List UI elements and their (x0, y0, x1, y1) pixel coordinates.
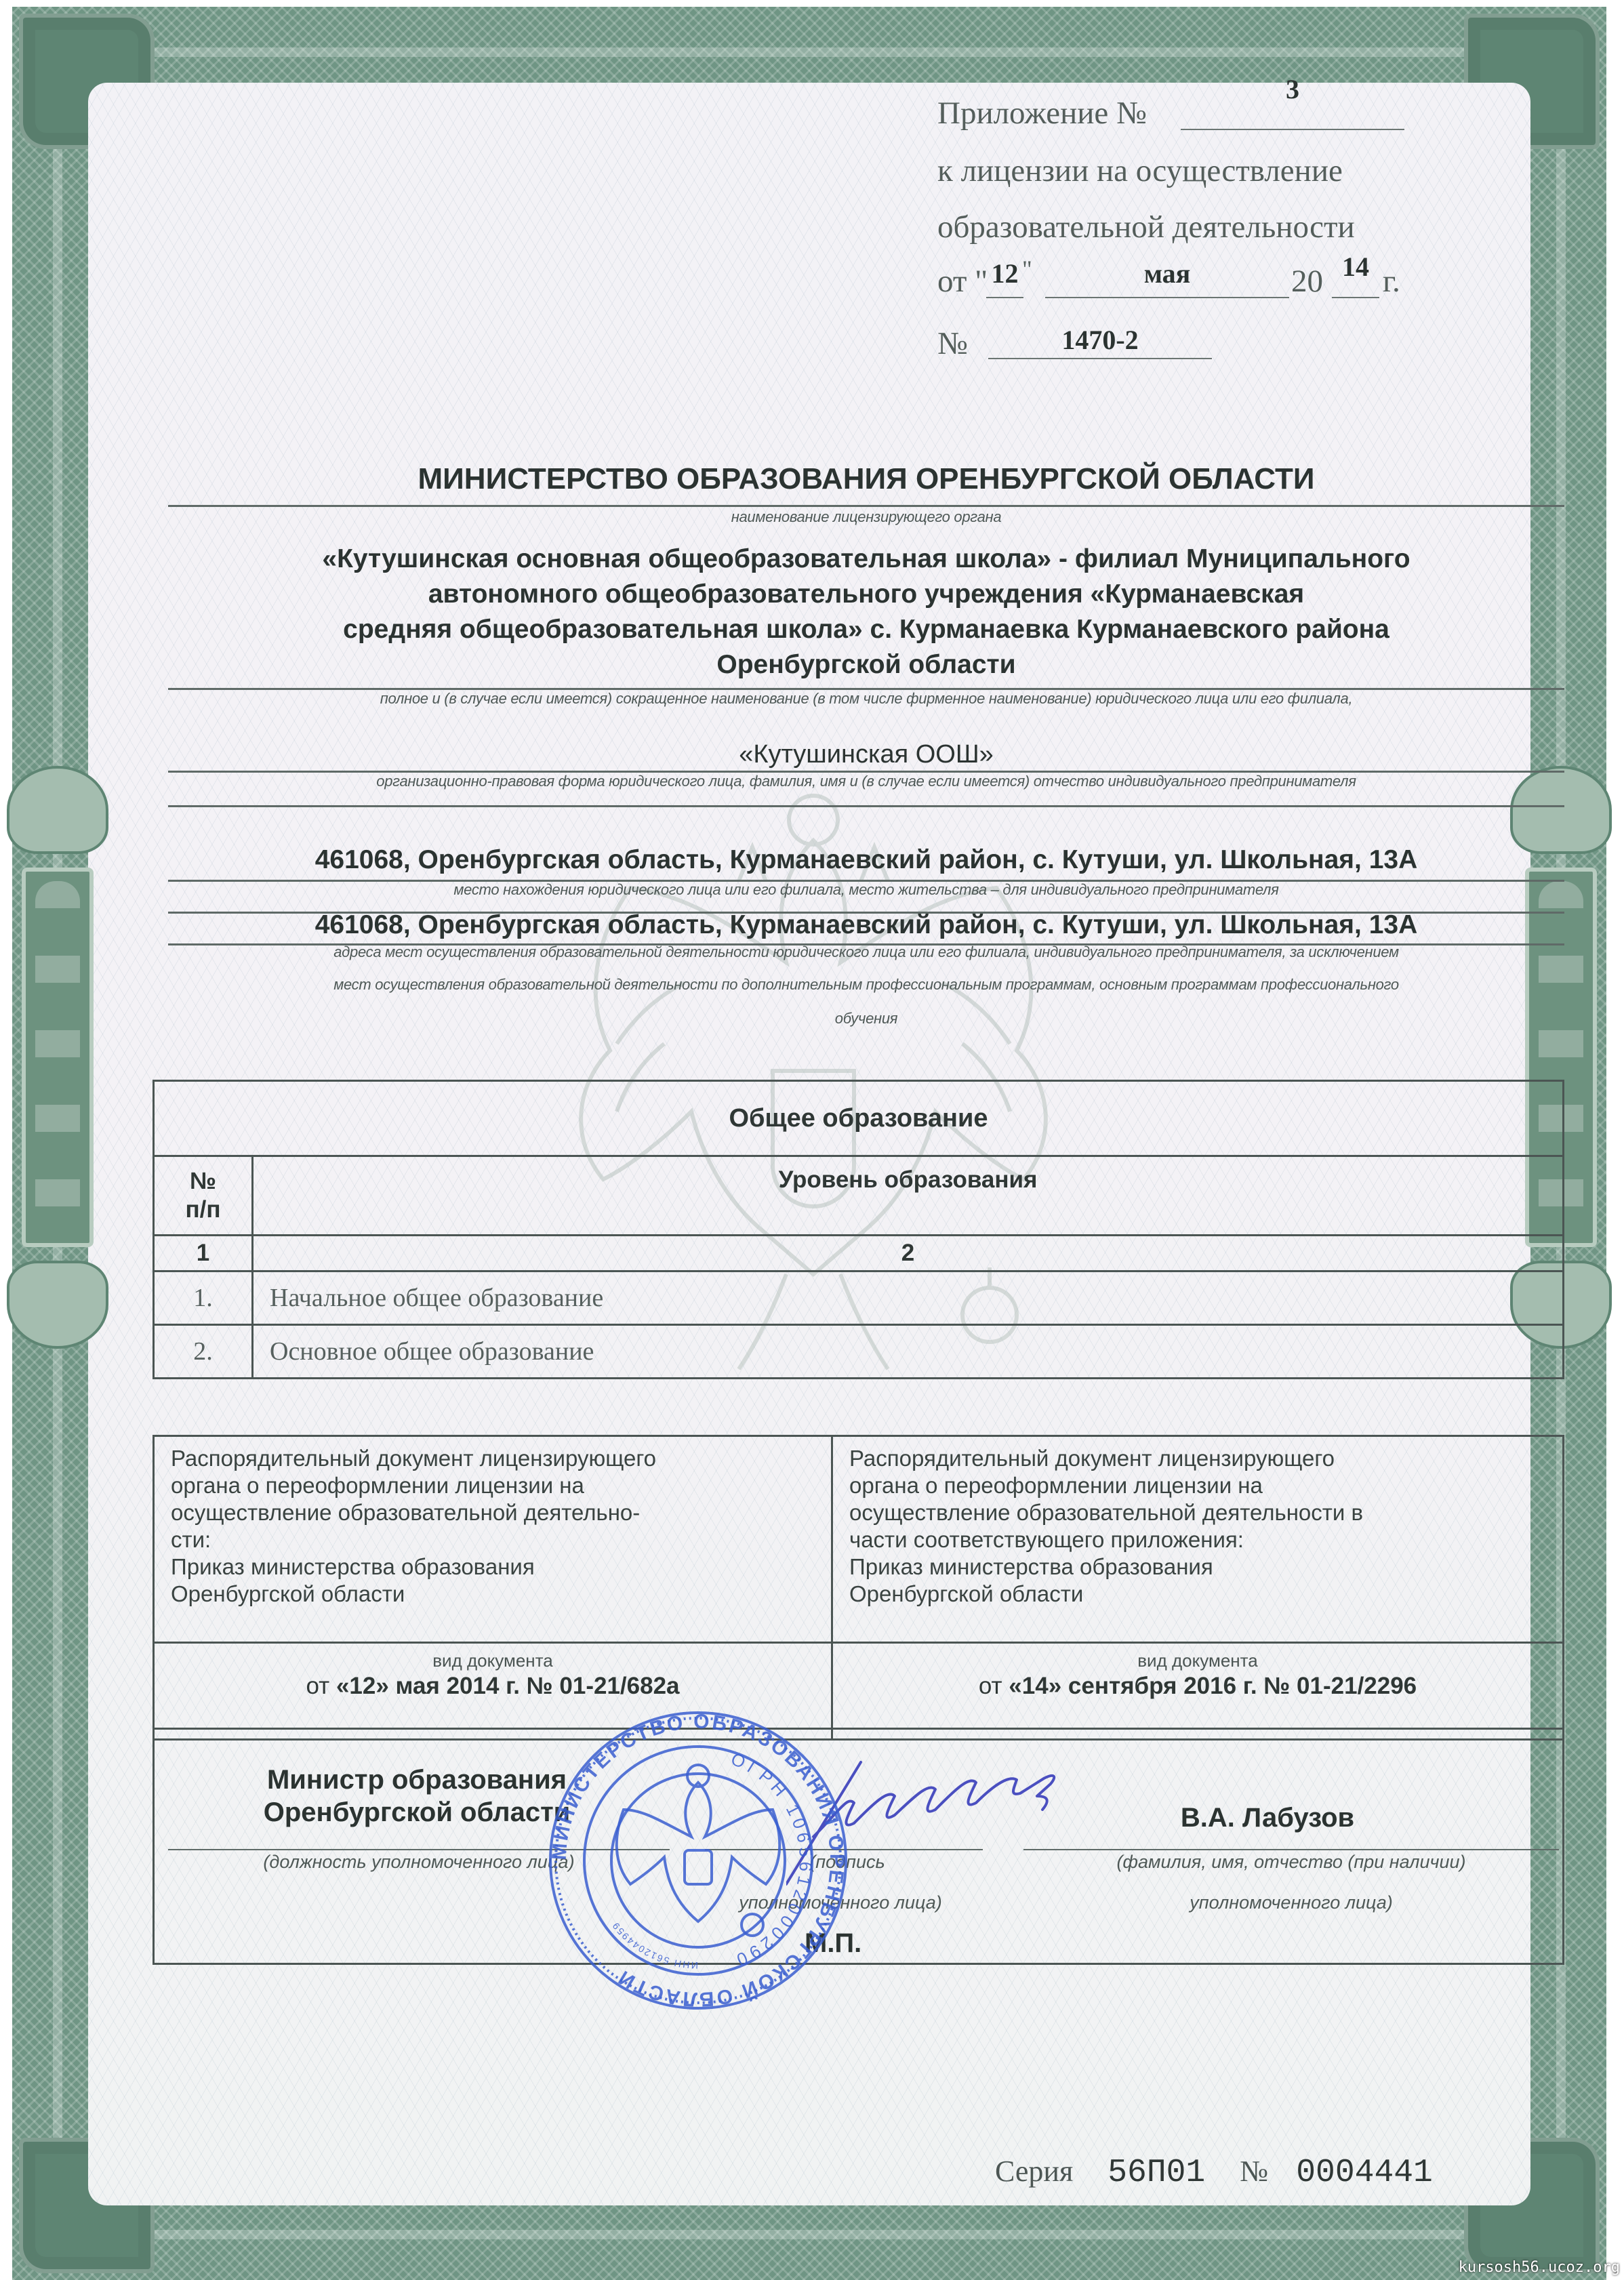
date-year-prefix: 20 (1291, 263, 1323, 300)
desc-line: части соответствующего приложения: (849, 1526, 1553, 1553)
org-activity-address: 461068, Оренбургская область, Курманаевс… (168, 908, 1564, 942)
appendix-label: Приложение № (937, 95, 1147, 131)
date-day: 12 (986, 258, 1023, 289)
official-seal-stamp-icon: МИНИСТЕРСТВО ОБРАЗОВАНИЯ ОРЕНБУРГСКОЙ ОБ… (495, 1708, 901, 2013)
license-line-1: к лицензии на осуществление (937, 152, 1343, 189)
license-number-line (988, 358, 1212, 359)
desc-line: органа о переоформлении лицензии на (849, 1472, 1553, 1499)
series-label: Серия (995, 2155, 1073, 2188)
left-order-description: Распорядительный документ лицензирующего… (154, 1436, 832, 1643)
table-row: 2. Основное общее образование (154, 1325, 1564, 1379)
org-full-name-line-4: Оренбургской области (168, 648, 1564, 682)
date-day-line (986, 297, 1023, 298)
education-table-title: Общее образование (154, 1081, 1564, 1156)
desc-line: Распорядительный документ лицензирующего (849, 1445, 1553, 1472)
celtic-knot-ornament-icon (7, 766, 108, 1349)
org-location: 461068, Оренбургская область, Курманаевс… (168, 843, 1564, 877)
order-from-label: от (979, 1673, 1002, 1699)
column-index: 2 (253, 1236, 1564, 1271)
authority-name: МИНИСТЕРСТВО ОБРАЗОВАНИЯ ОРЕНБУРГСКОЙ ОБ… (168, 462, 1564, 496)
row-num: 1. (154, 1271, 253, 1325)
rule (168, 805, 1564, 807)
order-number: от «14» сентября 2016 г. № 01-21/2296 (833, 1671, 1562, 1702)
education-levels-table: Общее образование № п/п Уровень образова… (153, 1080, 1564, 1379)
header-num-label: № п/п (155, 1167, 251, 1224)
desc-line: Приказ министерства образования (171, 1553, 821, 1581)
desc-line: Приказ министерства образования (849, 1553, 1553, 1581)
date-year-suffix: г. (1383, 263, 1400, 300)
date-prefix: от " (937, 263, 988, 300)
authority-caption: наименование лицензирующего органа (168, 508, 1564, 526)
order-ref: «12» мая 2014 г. № 01-21/682а (336, 1673, 680, 1699)
org-full-name-line-2: автономного общеобразовательного учрежде… (168, 577, 1564, 611)
doc-kind-caption: вид документа (833, 1650, 1562, 1671)
activity-caption-line-2: мест осуществления образовательной деяте… (168, 976, 1564, 994)
desc-line: сти: (171, 1526, 821, 1553)
order-ref: «14» сентября 2016 г. № 01-21/2296 (1009, 1673, 1417, 1699)
date-year-line (1332, 297, 1379, 298)
series-code: 56П01 (1108, 2155, 1205, 2191)
org-location-caption: место нахождения юридического лица или е… (168, 881, 1564, 899)
desc-line: органа о переоформлении лицензии на (171, 1472, 821, 1499)
header-level: Уровень образования (253, 1156, 1564, 1236)
org-full-name-line-1: «Кутушинская основная общеобразовательна… (168, 542, 1564, 576)
row-level: Начальное общее образование (253, 1271, 1564, 1325)
number-label: № (937, 325, 968, 362)
activity-caption-line-1: адреса мест осуществления образовательно… (168, 943, 1564, 961)
doc-kind-caption: вид документа (155, 1650, 831, 1671)
activity-caption-line-3: обучения (168, 1010, 1564, 1027)
license-number: 1470-2 (988, 324, 1212, 356)
date-month-line (1045, 297, 1289, 298)
desc-line: осуществление образовательной деятельно- (171, 1499, 821, 1526)
order-number: от «12» мая 2014 г. № 01-21/682а (155, 1671, 831, 1702)
table-row: 1. Начальное общее образование (154, 1271, 1564, 1325)
org-full-name-caption: полное и (в случае если имеется) сокраще… (168, 690, 1564, 708)
column-index: 1 (154, 1236, 253, 1271)
order-from-label: от (306, 1673, 329, 1699)
org-full-name-line-3: средняя общеобразовательная школа» с. Ку… (168, 613, 1564, 647)
org-short-name: «Кутушинская ООШ» (168, 737, 1564, 771)
date-from-label: от " (937, 264, 988, 299)
org-short-name-caption: организационно-правовая форма юридическо… (168, 773, 1564, 790)
date-quote: " (1022, 255, 1032, 283)
row-level: Основное общее образование (253, 1325, 1564, 1379)
desc-line: Распорядительный документ лицензирующего (171, 1445, 821, 1472)
desc-line: осуществление образовательной деятельнос… (849, 1499, 1553, 1526)
orders-table: Распорядительный документ лицензирующего… (153, 1435, 1564, 1740)
site-watermark: kursosh56.ucoz.org (1459, 2259, 1620, 2276)
appendix-number: 3 (1181, 73, 1404, 105)
appendix-number-line (1181, 129, 1404, 130)
series-number: 0004441 (1296, 2155, 1433, 2191)
desc-line: Оренбургской области (171, 1581, 821, 1608)
date-month: мая (1045, 258, 1289, 289)
form-series: Серия 56П01 № 0004441 (995, 2154, 1433, 2191)
row-num: 2. (154, 1325, 253, 1379)
right-order-reference: вид документа от «14» сентября 2016 г. №… (832, 1643, 1564, 1740)
desc-line: Оренбургской области (849, 1581, 1553, 1608)
rule (168, 505, 1564, 507)
right-order-description: Распорядительный документ лицензирующего… (832, 1436, 1564, 1643)
header-num: № п/п (154, 1156, 253, 1236)
series-number-label: № (1240, 2155, 1268, 2188)
license-line-2: образовательной деятельности (937, 209, 1355, 245)
date-year: 14 (1332, 251, 1379, 283)
